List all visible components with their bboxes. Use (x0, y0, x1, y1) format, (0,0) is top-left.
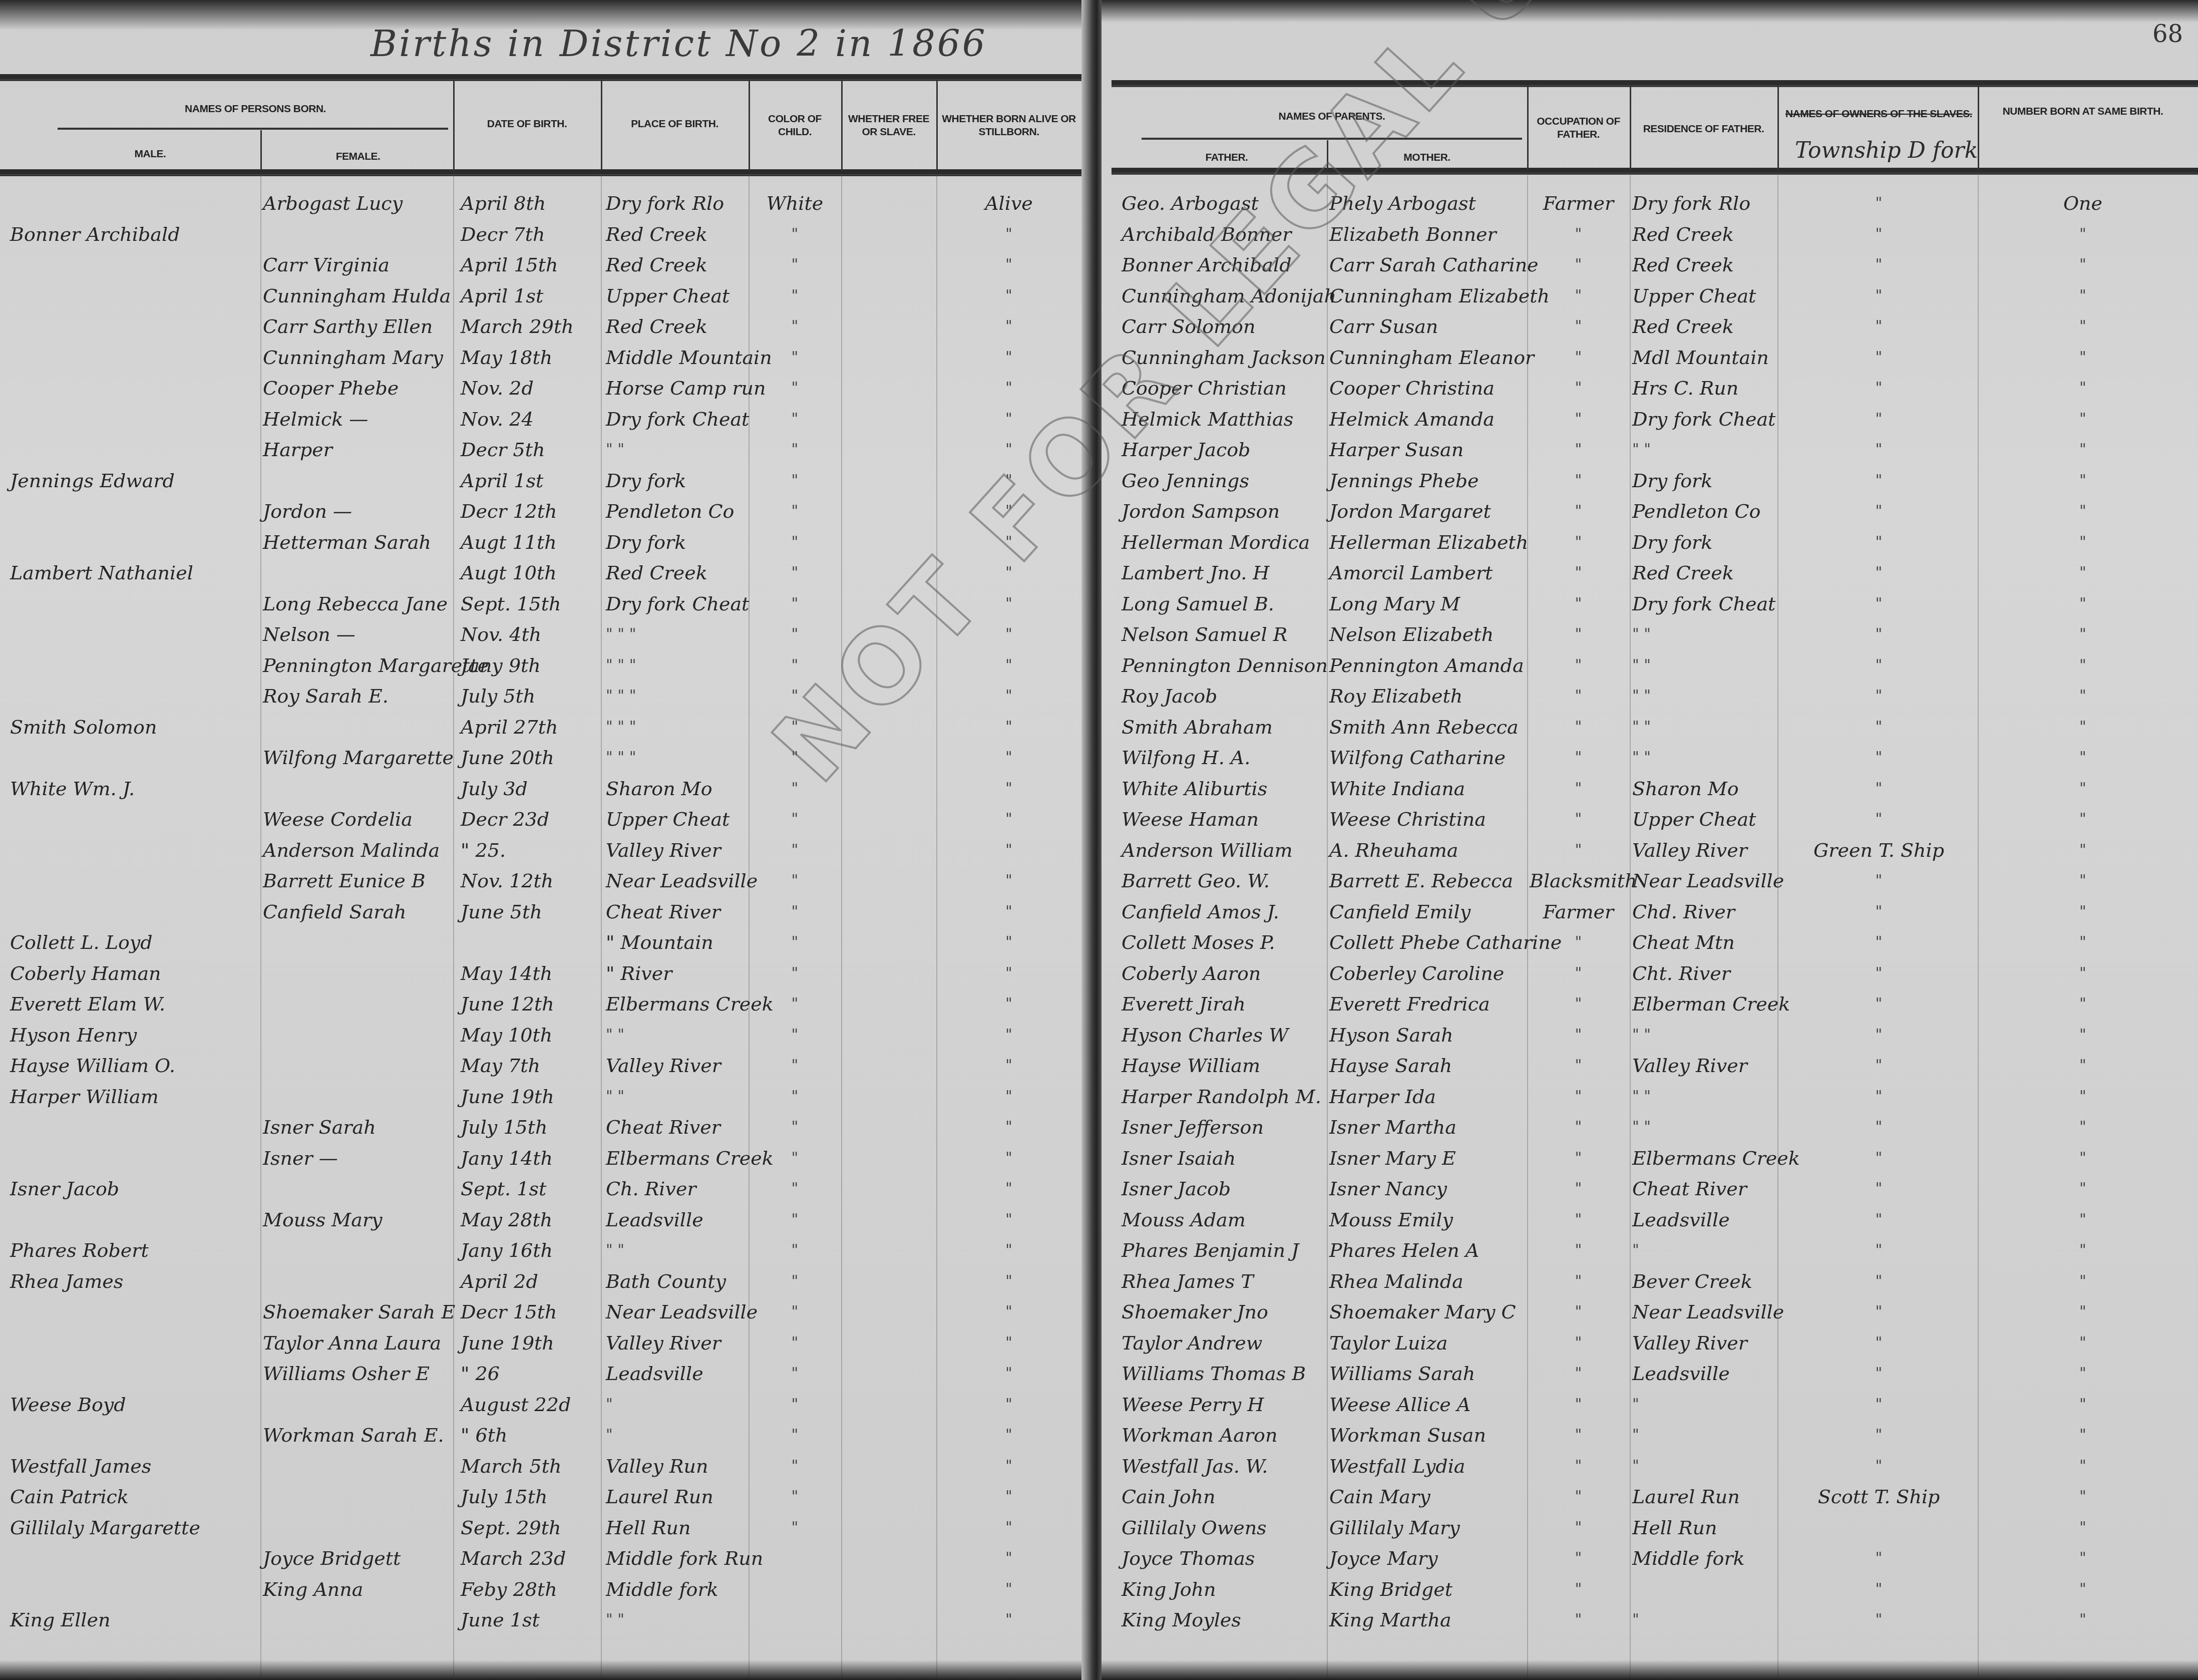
column-divider (601, 80, 602, 170)
father-name-cell: Shoemaker Jno (1122, 1296, 1268, 1327)
township-cell: " (1782, 280, 1975, 311)
born-alive-cell: " (939, 1543, 1079, 1574)
table-row: King JohnKing Bridget""" (1102, 1574, 2198, 1605)
mother-name-cell: Phares Helen A (1329, 1235, 1479, 1266)
header-mother: MOTHER. (1332, 151, 1522, 164)
township-cell: Green T. Ship (1782, 835, 1975, 866)
number-born-cell: " (1983, 219, 2183, 250)
occupation-cell: " (1530, 619, 1627, 650)
table-row: Jordon —Decr 12thPendleton Co"" (0, 496, 1089, 527)
residence-cell: Near Leadsville (1632, 1296, 1784, 1327)
township-cell: " (1782, 1574, 1975, 1605)
mother-name-cell: Weese Christina (1329, 804, 1486, 835)
date-of-birth-cell: " 25. (461, 835, 506, 866)
township-cell: " (1782, 1112, 1975, 1143)
mother-name-cell: Coberley Caroline (1329, 958, 1504, 989)
place-of-birth-cell: " River (606, 958, 672, 989)
register-title: Births in District No 2 in 1866 (371, 23, 987, 65)
residence-cell: Laurel Run (1632, 1481, 1740, 1512)
occupation-cell: " (1530, 1081, 1627, 1112)
mother-name-cell: Jordon Margaret (1329, 496, 1491, 527)
township-cell: " (1782, 434, 1975, 465)
township-cell: " (1782, 465, 1975, 496)
color-cell: " (751, 311, 839, 342)
table-row: Coberly HamanMay 14th" River"" (0, 958, 1089, 989)
place-of-birth-cell: " " (606, 1081, 624, 1112)
township-cell: " (1782, 1451, 1975, 1482)
color-cell: " (751, 1451, 839, 1482)
female-name-cell: Arbogast Lucy (263, 188, 403, 219)
female-name-cell: Shoemaker Sarah E (263, 1296, 455, 1327)
header-names-of-persons-born: NAMES OF PERSONS BORN. (80, 103, 431, 116)
table-row: Cooper ChristianCooper Christina"Hrs C. … (1102, 373, 2198, 404)
township-cell: " (1782, 527, 1975, 558)
number-born-cell: " (1983, 1389, 2183, 1420)
residence-cell: Sharon Mo (1632, 773, 1739, 804)
occupation-cell: " (1530, 1481, 1627, 1512)
column-divider (453, 80, 455, 170)
place-of-birth-cell: Dry fork (606, 527, 686, 558)
father-name-cell: Gillilaly Owens (1122, 1512, 1267, 1543)
table-row: Canfield Amos J.Canfield EmilyFarmerChd.… (1102, 896, 2198, 927)
father-name-cell: Canfield Amos J. (1122, 896, 1279, 927)
place-of-birth-cell: Upper Cheat (606, 280, 729, 311)
table-row: Wilfong H. A.Wilfong Catharine"" """ (1102, 742, 2198, 773)
number-born-cell: " (1983, 1543, 2183, 1574)
place-of-birth-cell: " " (606, 434, 624, 465)
father-name-cell: Lambert Jno. H (1122, 557, 1269, 588)
color-cell: " (751, 619, 839, 650)
occupation-cell: " (1530, 1420, 1627, 1451)
residence-cell: Elberman Creek (1632, 988, 1790, 1020)
born-alive-cell: " (939, 434, 1079, 465)
date-of-birth-cell: April 2d (461, 1266, 538, 1297)
residence-cell: Leadsville (1632, 1204, 1730, 1235)
township-cell: " (1782, 988, 1975, 1020)
right-page: 68 NAMES OF PARENTS. FATHER. MOTHER. OCC… (1102, 0, 2198, 1680)
column-divider (1777, 85, 1779, 170)
date-of-birth-cell: May 18th (461, 342, 552, 373)
number-born-cell: " (1983, 1081, 2183, 1112)
date-of-birth-cell: May 7th (461, 1050, 540, 1081)
born-alive-cell: " (939, 1327, 1079, 1359)
occupation-cell: " (1530, 1266, 1627, 1297)
date-of-birth-cell: July 15th (461, 1481, 548, 1512)
table-row: Coberly AaronCoberley Caroline"Cht. Rive… (1102, 958, 2198, 989)
mother-name-cell: Hayse Sarah (1329, 1050, 1452, 1081)
table-row: Bonner ArchibaldCarr Sarah Catharine"Red… (1102, 249, 2198, 280)
born-alive-cell: " (939, 404, 1079, 435)
born-alive-cell: " (939, 373, 1079, 404)
mother-name-cell: Cooper Christina (1329, 373, 1495, 404)
female-name-cell: Long Rebecca Jane (263, 588, 448, 619)
township-cell: " (1782, 1389, 1975, 1420)
male-name-cell: Lambert Nathaniel (10, 557, 193, 588)
table-row: Williams Osher E" 26Leadsville"" (0, 1358, 1089, 1389)
township-cell: " (1782, 1020, 1975, 1051)
township-cell: " (1782, 650, 1975, 681)
color-cell: " (751, 465, 839, 496)
color-cell: " (751, 557, 839, 588)
residence-cell: Red Creek (1632, 249, 1734, 280)
table-row: Hayse William O.May 7thValley River"" (0, 1050, 1089, 1081)
table-row: Weese CordeliaDecr 23dUpper Cheat"" (0, 804, 1089, 835)
number-born-cell: " (1983, 1574, 2183, 1605)
place-of-birth-cell: " " " (606, 742, 636, 773)
number-born-cell: " (1983, 249, 2183, 280)
color-cell: " (751, 219, 839, 250)
color-cell: " (751, 1204, 839, 1235)
table-row: Roy Sarah E.July 5th" " """ (0, 681, 1089, 712)
born-alive-cell: " (939, 1512, 1079, 1543)
color-cell: " (751, 1358, 839, 1389)
table-row: King EllenJune 1st" "" (0, 1604, 1089, 1635)
table-row: Roy JacobRoy Elizabeth"" """ (1102, 681, 2198, 712)
color-cell: " (751, 896, 839, 927)
header-residence-of-father: RESIDENCE OF FATHER. (1632, 123, 1775, 136)
table-row: Nelson —Nov. 4th" " """ (0, 619, 1089, 650)
male-name-cell: Phares Robert (10, 1235, 149, 1266)
table-row: King AnnaFeby 28thMiddle fork" (0, 1574, 1089, 1605)
color-cell: " (751, 650, 839, 681)
number-born-cell: " (1983, 342, 2183, 373)
father-name-cell: King John (1122, 1574, 1216, 1605)
place-of-birth-cell: Red Creek (606, 249, 707, 280)
table-row: Smith SolomonApril 27th" " """ (0, 712, 1089, 743)
number-born-cell: " (1983, 896, 2183, 927)
born-alive-cell: " (939, 988, 1079, 1020)
table-row: White Wm. J.July 3dSharon Mo"" (0, 773, 1089, 804)
female-name-cell: Canfield Sarah (263, 896, 407, 927)
occupation-cell: " (1530, 1204, 1627, 1235)
place-of-birth-cell: " " (606, 1604, 624, 1635)
place-of-birth-cell: Leadsville (606, 1204, 703, 1235)
table-row: Isner JacobIsner Nancy"Cheat River"" (1102, 1173, 2198, 1204)
female-name-cell: Wilfong Margarette (263, 742, 454, 773)
township-cell: Scott T. Ship (1782, 1481, 1975, 1512)
mother-name-cell: Hellerman Elizabeth (1329, 527, 1528, 558)
table-row: Joyce BridgettMarch 23dMiddle fork Run" (0, 1543, 1089, 1574)
number-born-cell: " (1983, 311, 2183, 342)
number-born-cell: " (1983, 1173, 2183, 1204)
table-row: Anderson WilliamA. Rheuhama"Valley River… (1102, 835, 2198, 866)
father-name-cell: Helmick Matthias (1122, 404, 1293, 435)
mother-name-cell: Amorcil Lambert (1329, 557, 1493, 588)
table-row: Shoemaker Sarah EDecr 15thNear Leadsvill… (0, 1296, 1089, 1327)
born-alive-cell: " (939, 927, 1079, 958)
female-name-cell: Carr Virginia (263, 249, 390, 280)
date-of-birth-cell: Jany 9th (461, 650, 541, 681)
table-row: Bonner ArchibaldDecr 7thRed Creek"" (0, 219, 1089, 250)
number-born-cell: " (1983, 527, 2183, 558)
residence-cell: Valley River (1632, 835, 1747, 866)
place-of-birth-cell: Pendleton Co (606, 496, 734, 527)
mother-name-cell: A. Rheuhama (1329, 835, 1458, 866)
occupation-cell: " (1530, 434, 1627, 465)
table-row: Weese Perry HWeese Allice A"""" (1102, 1389, 2198, 1420)
township-cell: " (1782, 557, 1975, 588)
table-row: Isner JeffersonIsner Martha"" """ (1102, 1112, 2198, 1143)
place-of-birth-cell: Near Leadsville (606, 1296, 758, 1327)
color-cell: " (751, 527, 839, 558)
father-name-cell: Cunningham Jackson (1122, 342, 1326, 373)
mother-name-cell: Westfall Lydia (1329, 1451, 1466, 1482)
father-name-cell: Mouss Adam (1122, 1204, 1246, 1235)
female-name-cell: Barrett Eunice B (263, 865, 426, 896)
mother-name-cell: Jennings Phebe (1329, 465, 1479, 496)
mother-name-cell: Rhea Malinda (1329, 1266, 1463, 1297)
born-alive-cell: " (939, 1266, 1079, 1297)
table-row: Helmick —Nov. 24Dry fork Cheat"" (0, 404, 1089, 435)
township-cell: " (1782, 496, 1975, 527)
place-of-birth-cell: Red Creek (606, 557, 707, 588)
township-cell: " (1782, 188, 1975, 219)
father-name-cell: Cunningham Adonijah (1122, 280, 1336, 311)
father-name-cell: Hyson Charles W (1122, 1020, 1288, 1051)
born-alive-cell: " (939, 496, 1079, 527)
header-occupation-of-father: OCCUPATION OF FATHER. (1530, 115, 1627, 142)
table-row: Taylor AndrewTaylor Luiza"Valley River"" (1102, 1327, 2198, 1359)
table-row: Everett Elam W.June 12thElbermans Creek"… (0, 988, 1089, 1020)
father-name-cell: Wilfong H. A. (1122, 742, 1250, 773)
date-of-birth-cell: April 1st (461, 280, 543, 311)
mother-name-cell: Roy Elizabeth (1329, 681, 1462, 712)
female-name-cell: Mouss Mary (263, 1204, 383, 1235)
occupation-cell: " (1530, 1173, 1627, 1204)
table-row: HarperDecr 5th" """ (0, 434, 1089, 465)
number-born-cell: " (1983, 1481, 2183, 1512)
table-row: Pennington MargaretteJany 9th" " """ (0, 650, 1089, 681)
number-born-cell: " (1983, 588, 2183, 619)
female-name-cell: Cooper Phebe (263, 373, 399, 404)
color-cell: " (751, 280, 839, 311)
table-row: White AliburtisWhite Indiana"Sharon Mo"" (1102, 773, 2198, 804)
table-row: Harper JacobHarper Susan"" """ (1102, 434, 2198, 465)
place-of-birth-cell: Middle fork (606, 1574, 718, 1605)
mother-name-cell: Phely Arbogast (1329, 188, 1476, 219)
date-of-birth-cell: May 28th (461, 1204, 552, 1235)
table-row: Jennings EdwardApril 1stDry fork"" (0, 465, 1089, 496)
occupation-cell: " (1530, 958, 1627, 989)
father-name-cell: Taylor Andrew (1122, 1327, 1262, 1359)
color-cell: " (751, 865, 839, 896)
header-top-rule (1112, 80, 2198, 87)
residence-cell: Dry fork Rlo (1632, 188, 1750, 219)
table-row: Westfall JamesMarch 5thValley Run"" (0, 1451, 1089, 1482)
color-cell: " (751, 1327, 839, 1359)
number-born-cell: " (1983, 1050, 2183, 1081)
number-born-cell: " (1983, 280, 2183, 311)
mother-name-cell: Nelson Elizabeth (1329, 619, 1494, 650)
occupation-cell: " (1530, 404, 1627, 435)
male-name-cell: Rhea James (10, 1266, 123, 1297)
mother-name-cell: Harper Ida (1329, 1081, 1436, 1112)
page-bottom-shadow (0, 1660, 1089, 1680)
number-born-cell: " (1983, 434, 2183, 465)
place-of-birth-cell: " " " (606, 681, 636, 712)
mother-name-cell: Gillilaly Mary (1329, 1512, 1460, 1543)
mother-name-cell: Harper Susan (1329, 434, 1463, 465)
born-alive-cell: " (939, 1296, 1079, 1327)
occupation-cell: " (1530, 1327, 1627, 1359)
date-of-birth-cell: Jany 14th (461, 1143, 553, 1174)
color-cell: " (751, 496, 839, 527)
born-alive-cell: " (939, 712, 1079, 743)
number-born-cell: " (1983, 1327, 2183, 1359)
township-cell: " (1782, 958, 1975, 989)
township-cell: " (1782, 1266, 1975, 1297)
male-name-cell: King Ellen (10, 1604, 110, 1635)
born-alive-cell: " (939, 650, 1079, 681)
color-cell: " (751, 1173, 839, 1204)
born-alive-cell: " (939, 1235, 1079, 1266)
mother-name-cell: White Indiana (1329, 773, 1465, 804)
table-row: Collett L. Loyd" Mountain"" (0, 927, 1089, 958)
date-of-birth-cell: Nov. 24 (461, 404, 534, 435)
residence-cell: Middle fork (1632, 1543, 1745, 1574)
table-row: Geo JenningsJennings Phebe"Dry fork"" (1102, 465, 2198, 496)
place-of-birth-cell: Elbermans Creek (606, 1143, 774, 1174)
occupation-cell: Blacksmith (1530, 865, 1627, 896)
residence-cell: " " (1632, 712, 1651, 743)
occupation-cell: " (1530, 249, 1627, 280)
residence-cell: Cht. River (1632, 958, 1730, 989)
father-name-cell: Nelson Samuel R (1122, 619, 1287, 650)
occupation-cell: " (1530, 588, 1627, 619)
residence-cell: " " (1632, 742, 1651, 773)
residence-cell: " (1632, 1451, 1639, 1482)
township-cell: " (1782, 927, 1975, 958)
date-of-birth-cell: Sept. 1st (461, 1173, 546, 1204)
male-name-cell: Bonner Archibald (10, 219, 180, 250)
place-of-birth-cell: Cheat River (606, 1112, 720, 1143)
table-row: Carr Sarthy EllenMarch 29thRed Creek"" (0, 311, 1089, 342)
table-row: Joyce ThomasJoyce Mary"Middle fork"" (1102, 1543, 2198, 1574)
occupation-cell: " (1530, 557, 1627, 588)
occupation-cell: Farmer (1530, 188, 1627, 219)
table-row: Williams Thomas BWilliams Sarah"Leadsvil… (1102, 1358, 2198, 1389)
number-born-cell: " (1983, 988, 2183, 1020)
mother-name-cell: King Bridget (1329, 1574, 1452, 1605)
father-name-cell: Hellerman Mordica (1122, 527, 1310, 558)
born-alive-cell: " (939, 219, 1079, 250)
table-row: Cain JohnCain Mary"Laurel RunScott T. Sh… (1102, 1481, 2198, 1512)
date-of-birth-cell: Feby 28th (461, 1574, 557, 1605)
father-name-cell: Collett Moses P. (1122, 927, 1275, 958)
place-of-birth-cell: Hell Run (606, 1512, 691, 1543)
father-name-cell: Workman Aaron (1122, 1420, 1277, 1451)
table-row: Hyson Charles WHyson Sarah"" """ (1102, 1020, 2198, 1051)
township-cell: " (1782, 742, 1975, 773)
place-of-birth-cell: Elbermans Creek (606, 988, 774, 1020)
column-divider (260, 130, 262, 170)
table-row: Cunningham HuldaApril 1stUpper Cheat"" (0, 280, 1089, 311)
born-alive-cell: " (939, 1451, 1079, 1482)
number-born-cell: " (1983, 835, 2183, 866)
table-row: Taylor Anna LauraJune 19thValley River"" (0, 1327, 1089, 1359)
date-of-birth-cell: Decr 15th (461, 1296, 557, 1327)
table-row: Phares Benjamin JPhares Helen A"""" (1102, 1235, 2198, 1266)
date-of-birth-cell: March 29th (461, 311, 574, 342)
father-name-cell: White Aliburtis (1122, 773, 1267, 804)
township-cell: " (1782, 249, 1975, 280)
table-row: Long Rebecca JaneSept. 15thDry fork Chea… (0, 588, 1089, 619)
color-cell: " (751, 804, 839, 835)
left-page: Births in District No 2 in 1866 NAMES OF… (0, 0, 1089, 1680)
father-name-cell: Everett Jirah (1122, 988, 1246, 1020)
residence-cell: Cheat River (1632, 1173, 1747, 1204)
born-alive-cell: " (939, 311, 1079, 342)
color-cell: " (751, 681, 839, 712)
date-of-birth-cell: April 1st (461, 465, 543, 496)
table-row: Weese HamanWeese Christina"Upper Cheat"" (1102, 804, 2198, 835)
number-born-cell: " (1983, 1143, 2183, 1174)
color-cell: " (751, 927, 839, 958)
female-name-cell: Cunningham Mary (263, 342, 443, 373)
residence-cell: Dry fork Cheat (1632, 588, 1775, 619)
color-cell: " (751, 773, 839, 804)
father-name-cell: Cooper Christian (1122, 373, 1287, 404)
table-row: Barrett Eunice BNov. 12thNear Leadsville… (0, 865, 1089, 896)
residence-cell: Chd. River (1632, 896, 1735, 927)
female-name-cell: Jordon — (263, 496, 352, 527)
table-row: Gillilaly OwensGillilaly Mary"Hell Run" (1102, 1512, 2198, 1543)
mother-name-cell: Taylor Luiza (1329, 1327, 1447, 1359)
place-of-birth-cell: Horse Camp run (606, 373, 766, 404)
date-of-birth-cell: June 12th (461, 988, 554, 1020)
occupation-cell: " (1530, 527, 1627, 558)
father-name-cell: Roy Jacob (1122, 681, 1217, 712)
column-divider (1630, 85, 1631, 170)
occupation-cell: " (1530, 1020, 1627, 1051)
born-alive-cell: " (939, 1204, 1079, 1235)
female-name-cell: Isner — (263, 1143, 338, 1174)
place-of-birth-cell: " (606, 1389, 613, 1420)
born-alive-cell: " (939, 773, 1079, 804)
occupation-cell: " (1530, 219, 1627, 250)
occupation-cell: " (1530, 1543, 1627, 1574)
father-name-cell: Carr Solomon (1122, 311, 1255, 342)
born-alive-cell: " (939, 865, 1079, 896)
residence-cell: Elbermans Creek (1632, 1143, 1800, 1174)
date-of-birth-cell: Augt 11th (461, 527, 557, 558)
column-divider (749, 80, 750, 170)
residence-cell: Leadsville (1632, 1358, 1730, 1389)
table-row: Cunningham JacksonCunningham Eleanor"Mdl… (1102, 342, 2198, 373)
father-name-cell: King Moyles (1122, 1604, 1241, 1635)
date-of-birth-cell: Nov. 2d (461, 373, 534, 404)
column-divider (936, 80, 938, 170)
township-cell: " (1782, 1327, 1975, 1359)
township-cell: " (1782, 311, 1975, 342)
residence-cell: " " (1632, 619, 1651, 650)
residence-cell: Dry fork Cheat (1632, 404, 1775, 435)
number-born-cell: " (1983, 1266, 2183, 1297)
date-of-birth-cell: June 19th (461, 1081, 554, 1112)
mother-name-cell: King Martha (1329, 1604, 1451, 1635)
born-alive-cell: " (939, 742, 1079, 773)
occupation-cell: " (1530, 1389, 1627, 1420)
female-name-cell: Harper (263, 434, 332, 465)
place-of-birth-cell: Dry fork Rlo (606, 188, 724, 219)
number-born-cell: " (1983, 1235, 2183, 1266)
occupation-cell: " (1530, 773, 1627, 804)
header-top-rule (0, 74, 1081, 81)
number-born-cell: " (1983, 773, 2183, 804)
born-alive-cell: " (939, 1081, 1079, 1112)
occupation-cell: " (1530, 835, 1627, 866)
color-cell: " (751, 1266, 839, 1297)
